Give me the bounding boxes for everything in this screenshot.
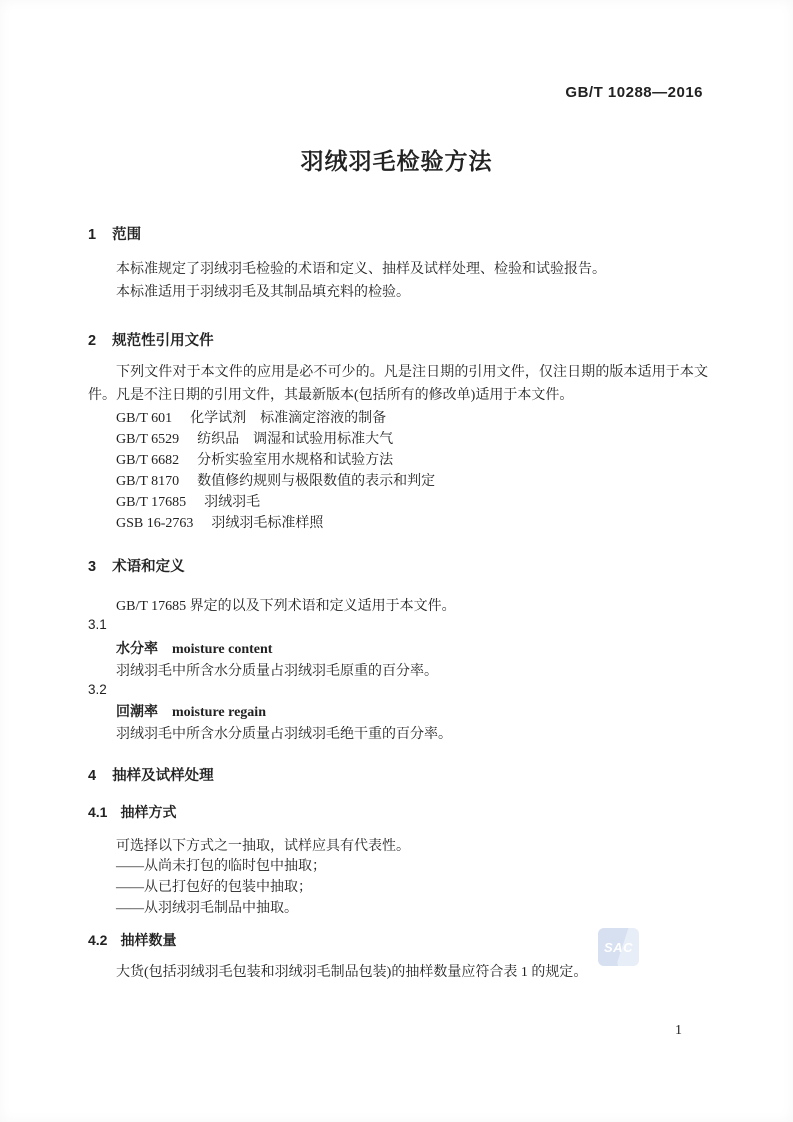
section-2-intro-paragraph: 下列文件对于本文件的应用是必不可少的。凡是注日期的引用文件，仅注日期的版本适用于… xyxy=(88,361,708,407)
section-1-heading: 1范围 xyxy=(88,223,141,244)
section-4-1-number: 4.1 xyxy=(88,804,107,820)
term-2-definition: 羽绒羽毛中所含水分质量占羽绒羽毛绝干重的百分率。 xyxy=(116,723,452,743)
section-4-title: 抽样及试样处理 xyxy=(112,768,214,784)
section-2-title: 规范性引用文件 xyxy=(112,333,214,349)
section-4-2-title: 抽样数量 xyxy=(120,932,176,948)
reference-item: GB/T 8170数值修约规则与极限数值的表示和判定 xyxy=(116,471,435,492)
reference-title: 纺织品 调湿和试验用标准大气 xyxy=(197,432,393,447)
section-4-2-heading: 4.2抽样数量 xyxy=(88,930,176,950)
reference-code: GB/T 6529 xyxy=(116,432,179,447)
page-title: 羽绒羽毛检验方法 xyxy=(0,143,793,176)
section-1-number: 1 xyxy=(88,227,96,243)
reference-item: GB/T 17685羽绒羽毛 xyxy=(116,492,260,513)
reference-item: GB/T 6529纺织品 调湿和试验用标准大气 xyxy=(116,429,393,450)
term-2-zh: 回潮率 xyxy=(116,703,158,719)
section-3-intro: GB/T 17685 界定的以及下列术语和定义适用于本文件。 xyxy=(116,595,456,615)
reference-title: 数值修约规则与极限数值的表示和判定 xyxy=(197,474,435,489)
section-1-paragraph-1: 本标准规定了羽绒羽毛检验的术语和定义、抽样及试样处理、检验和试验报告。 xyxy=(116,258,606,278)
section-1-paragraph-2: 本标准适用于羽绒羽毛及其制品填充料的检验。 xyxy=(116,281,410,301)
section-4-1-title: 抽样方式 xyxy=(120,804,176,820)
term-2-name: 回潮率moisture regain xyxy=(116,701,266,721)
term-1-name: 水分率moisture content xyxy=(116,638,272,658)
document-page: GB/T 10288—2016 羽绒羽毛检验方法 1范围 本标准规定了羽绒羽毛检… xyxy=(0,0,793,1122)
reference-title: 羽绒羽毛标准样照 xyxy=(211,516,323,531)
section-4-2-number: 4.2 xyxy=(88,932,107,948)
doc-number: GB/T 10288—2016 xyxy=(565,84,703,101)
reference-title: 分析实验室用水规格和试验方法 xyxy=(197,453,393,468)
section-3-number: 3 xyxy=(88,559,96,575)
sampling-method-item: ——从羽绒羽毛制品中抽取。 xyxy=(116,898,298,919)
reference-item: GB/T 6682分析实验室用水规格和试验方法 xyxy=(116,450,393,471)
reference-item: GB/T 601化学试剂 标准滴定溶液的制备 xyxy=(116,408,386,429)
reference-code: GB/T 17685 xyxy=(116,495,186,510)
section-4-1-heading: 4.1抽样方式 xyxy=(88,802,176,822)
section-4-2-intro: 大货(包括羽绒羽毛包装和羽绒羽毛制品包装)的抽样数量应符合表 1 的规定。 xyxy=(116,961,587,981)
section-3-title: 术语和定义 xyxy=(112,559,185,575)
term-1-definition: 羽绒羽毛中所含水分质量占羽绒羽毛原重的百分率。 xyxy=(116,660,438,680)
reference-code: GB/T 601 xyxy=(116,411,172,426)
section-4-number: 4 xyxy=(88,768,96,784)
term-1-zh: 水分率 xyxy=(116,640,158,656)
term-1-label: 3.1 xyxy=(88,617,107,632)
sampling-method-item: ——从尚未打包的临时包中抽取； xyxy=(116,856,326,877)
section-2-number: 2 xyxy=(88,333,96,349)
section-3-heading: 3术语和定义 xyxy=(88,555,185,576)
sac-logo-text: SAC xyxy=(604,940,633,955)
term-1-en: moisture content xyxy=(172,642,272,657)
sac-watermark-logo: SAC xyxy=(598,928,639,966)
term-2-label: 3.2 xyxy=(88,682,107,697)
reference-title: 化学试剂 标准滴定溶液的制备 xyxy=(190,411,386,426)
reference-code: GB/T 8170 xyxy=(116,474,179,489)
section-2-heading: 2规范性引用文件 xyxy=(88,329,214,350)
page-number: 1 xyxy=(675,1023,682,1039)
term-2-en: moisture regain xyxy=(172,705,266,720)
reference-code: GSB 16-2763 xyxy=(116,516,193,531)
section-1-title: 范围 xyxy=(112,227,141,243)
reference-code: GB/T 6682 xyxy=(116,453,179,468)
reference-title: 羽绒羽毛 xyxy=(204,495,260,510)
sampling-method-item: ——从已打包好的包装中抽取； xyxy=(116,877,312,898)
section-4-heading: 4抽样及试样处理 xyxy=(88,764,214,785)
reference-item: GSB 16-2763羽绒羽毛标准样照 xyxy=(116,513,323,534)
section-4-1-intro: 可选择以下方式之一抽取，试样应具有代表性。 xyxy=(116,835,410,855)
